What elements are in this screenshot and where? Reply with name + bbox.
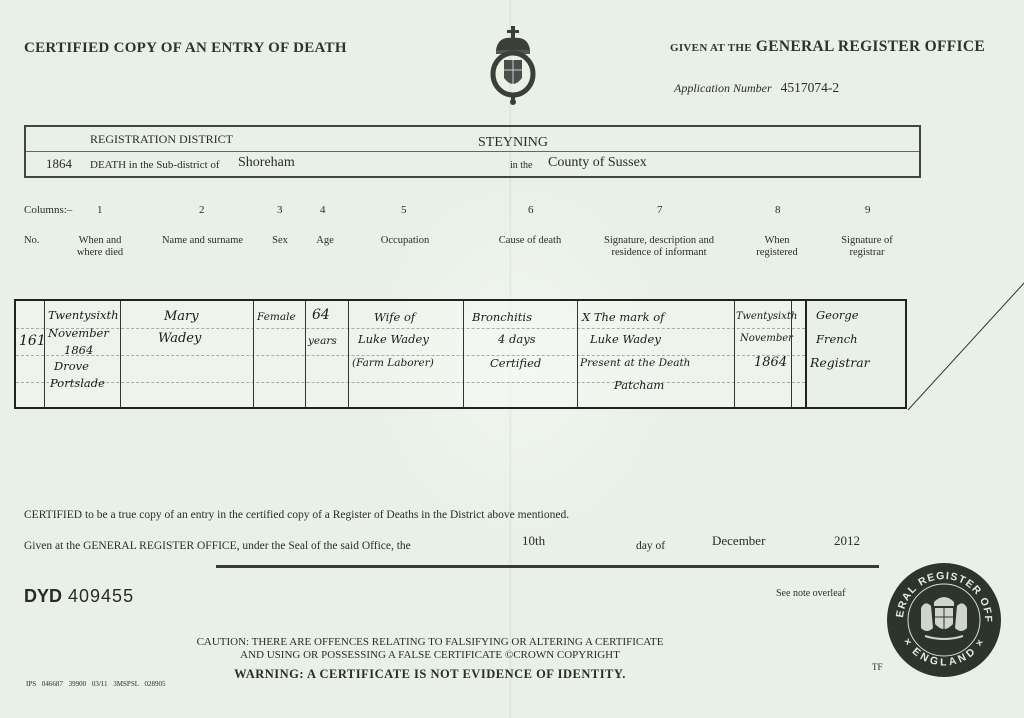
certification-day: 10th (522, 533, 545, 549)
certification-month: December (712, 533, 765, 549)
subdistrict-value: Shoreham (238, 155, 295, 171)
registration-box: REGISTRATION DISTRICT STEYNING 1864 DEAT… (24, 125, 921, 178)
given-at-label: GIVEN AT THE (670, 42, 752, 54)
ruled-line (16, 328, 805, 329)
entry-text: Certified (490, 355, 541, 371)
serial-number: 409455 (68, 586, 134, 606)
column-number: 4 (320, 204, 326, 216)
given-statement: Given at the GENERAL REGISTER OFFICE, un… (24, 540, 411, 552)
column-divider (120, 301, 121, 407)
certification-year: 2012 (834, 533, 860, 549)
entry-text: years (308, 333, 337, 349)
column-header-occupation: Occupation (365, 235, 445, 247)
entry-text: Wife of (374, 309, 415, 325)
entry-text: Luke Wadey (590, 331, 661, 347)
column-number: 3 (277, 204, 283, 216)
column-header-name: Name and surname (150, 235, 255, 247)
county-value: County of Sussex (548, 155, 647, 171)
column-header-registered: When registered (748, 235, 806, 259)
column-divider (348, 301, 349, 407)
column-divider (305, 301, 306, 407)
column-number: 5 (401, 204, 407, 216)
see-note-overleaf: See note overleaf (776, 588, 845, 599)
registration-divider (26, 151, 919, 152)
column-number: 1 (97, 204, 103, 216)
entry-text: X The mark of (582, 309, 664, 325)
initials: TF (872, 662, 883, 672)
entry-text: 1864 (64, 342, 93, 358)
registration-district-label: REGISTRATION DISTRICT (90, 132, 233, 147)
entry-text: 4 days (498, 331, 536, 347)
column-header-sex: Sex (265, 235, 295, 247)
day-of-label: day of (636, 540, 665, 552)
column-divider (44, 301, 45, 407)
column-number: 9 (865, 204, 871, 216)
subdistrict-label: DEATH in the Sub-district of (90, 159, 220, 171)
entry-text: Twentysixth (736, 309, 797, 325)
print-code: IPS 046687 39900 03/11 3MSPSL 028905 (26, 680, 165, 688)
entry-text: Present at the Death (580, 355, 690, 371)
entry-text: Twentysixth (48, 307, 119, 323)
entry-text: Luke Wadey (358, 331, 429, 347)
entry-text: (Farm Laborer) (352, 355, 434, 371)
issuing-office: GIVEN AT THE GENERAL REGISTER OFFICE (670, 38, 985, 56)
identity-warning: WARNING: A CERTIFICATE IS NOT EVIDENCE O… (180, 667, 680, 682)
column-divider (463, 301, 464, 407)
caution-notice: CAUTION: THERE ARE OFFENCES RELATING TO … (180, 636, 680, 662)
column-header-cause: Cause of death (490, 235, 570, 247)
caution-line: AND USING OR POSSESSING A FALSE CERTIFIC… (180, 649, 680, 662)
royal-crest-icon (488, 24, 538, 106)
column-header-age: Age (308, 235, 342, 247)
entry-number: 161 (19, 333, 46, 349)
columns-label: Columns:– (24, 204, 72, 216)
entry-text: Portslade (50, 375, 105, 391)
column-divider (734, 301, 735, 407)
entry-text: November (48, 325, 109, 341)
entry-text: Wadey (158, 331, 201, 347)
entry-text: Bronchitis (472, 309, 532, 325)
caution-line: CAUTION: THERE ARE OFFENCES RELATING TO … (180, 636, 680, 649)
document-title: CERTIFIED COPY OF AN ENTRY OF DEATH (24, 40, 347, 57)
in-the-label: in the (510, 160, 533, 171)
entry-sex: Female (257, 309, 296, 325)
application-number-value: 4517074-2 (781, 80, 840, 95)
certification-statement: CERTIFIED to be a true copy of an entry … (24, 509, 569, 521)
column-header-registrar: Signature of registrar (832, 235, 902, 259)
certificate-serial: DYD409455 (24, 586, 134, 607)
column-divider (253, 301, 254, 407)
registration-year: 1864 (46, 156, 72, 172)
column-header-when-where: When and where died (70, 235, 130, 259)
column-divider (577, 301, 578, 407)
column-number: 8 (775, 204, 781, 216)
registration-district-value: STEYNING (478, 135, 548, 151)
death-entry-table: 161 Twentysixth November 1864 Drove Port… (14, 299, 807, 409)
serial-prefix: DYD (24, 586, 62, 606)
application-number: Application Number 4517074-2 (674, 80, 839, 96)
entry-text: Mary (164, 309, 199, 325)
application-number-label: Application Number (674, 81, 772, 95)
gro-seal-icon: GENERAL REGISTER OFFICE × ENGLAND × (885, 562, 1003, 678)
entry-text: 64 (312, 307, 330, 323)
entry-text: 1864 (754, 355, 787, 371)
column-number: 6 (528, 204, 534, 216)
column-number: 2 (199, 204, 205, 216)
signature-rule (216, 565, 879, 568)
ruled-line (16, 382, 805, 383)
cancellation-line (805, 282, 1024, 412)
entry-text: November (740, 331, 793, 347)
column-header-informant: Signature, description and residence of … (595, 235, 723, 259)
office-name: GENERAL REGISTER OFFICE (756, 38, 985, 55)
entry-text: Drove (54, 358, 89, 374)
column-header-no: No. (24, 235, 54, 247)
column-number: 7 (657, 204, 663, 216)
entry-text: Patcham (614, 377, 664, 393)
